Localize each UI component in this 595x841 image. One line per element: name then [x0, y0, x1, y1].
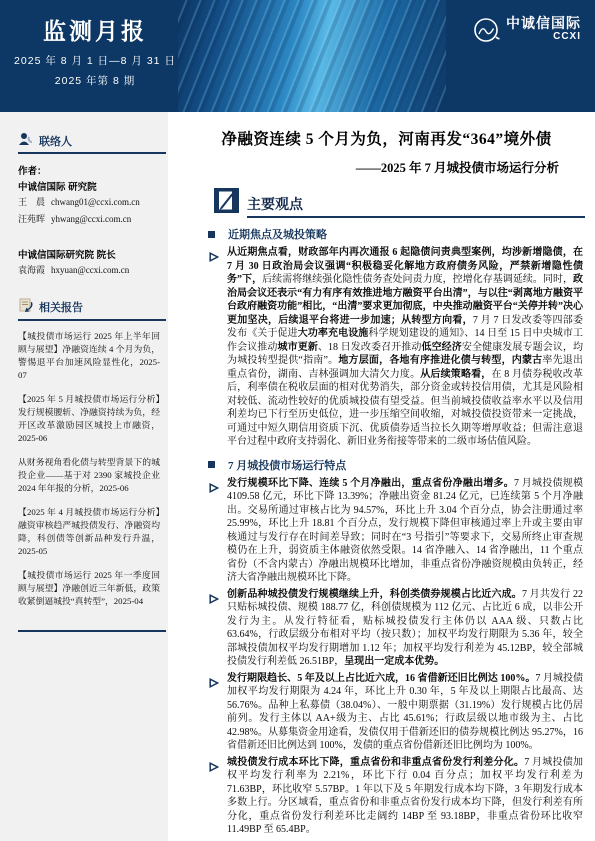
related-report-item: 【2025 年 5 月城投债市场运行分析】发行规模腰斩、净融资持续为负，经开区改… [18, 393, 160, 445]
bullet-item: 城投债发行成本环比下降，重点省份和非重点省份发行利差分化。7 月城投债加权平均发… [208, 756, 585, 837]
bullet-text: 城投债发行成本环比下降，重点省份和非重点省份发行利差分化。7 月城投债加权平均发… [227, 756, 585, 837]
authors-list: 王 晨 chwang01@ccxi.com.cn 汪苑晖 yhwang@ccxi… [18, 195, 160, 225]
author-name: 汪苑晖 [18, 212, 45, 225]
sidebar: 联络人 作者： 中诚信国际 研究院 王 晨 chwang01@ccxi.com.… [0, 112, 168, 841]
contacts-header-label: 联络人 [39, 133, 72, 149]
arrowhead-bullet-icon [208, 672, 227, 753]
related-report-item: 【2025 年 4 月城投债市场运行分析】融资审核趋严城投债发行、净融资均降，科… [18, 506, 160, 558]
related-report-item: 【城投债市场运行 2025 年上半年回顾与展望】净融资连续 4 个月为负，警惕退… [18, 330, 160, 382]
ccxi-logo: 中诚信国际 CCXI [472, 16, 581, 51]
bullet-item: 从近期焦点看，财政部年内再次通报 6 起隐债问责典型案例，均涉新增隐债，在 7 … [208, 246, 585, 449]
related-reports-list: 【城投债市场运行 2025 年上半年回顾与展望】净融资连续 4 个月为负，警惕退… [18, 330, 160, 608]
article-subtitle: ——2025 年 7 月城投债市场运行分析 [188, 158, 585, 176]
bullet-item: 创新品种城投债发行规模继续上升，科创类债券规模占比近六成。7 月共发行 22 只… [208, 588, 585, 669]
square-bullet-icon [208, 231, 215, 238]
section-heading-1-label: 近期焦点及城投策略 [228, 226, 327, 242]
section-heading-1: 近期焦点及城投策略 [208, 226, 585, 242]
related-reports-label: 相关报告 [39, 299, 83, 315]
reports-divider [18, 319, 166, 321]
bullet-text: 从近期焦点看，财政部年内再次通报 6 起隐债问责典型案例，均涉新增隐债，在 7 … [227, 246, 585, 449]
notepad-pen-icon [214, 188, 239, 218]
report-issue-number: 2025 年第 8 期 [0, 73, 190, 88]
author-row: 王 晨 chwang01@ccxi.com.cn [18, 195, 160, 208]
related-reports-header: 相关报告 [18, 298, 160, 316]
dean-row: 袁海霞 hxyuan@ccxi.com.cn [18, 263, 160, 276]
bullet-item: 发行规模环比下降、连续 5 个月净融出，重点省份净融出增多。7 月城投债规模 4… [208, 477, 585, 585]
arrowhead-bullet-icon [208, 477, 227, 585]
key-points-label: 主要观点 [247, 196, 303, 212]
report-date-range: 2025 年 8 月 1 日—8 月 31 日 [0, 53, 190, 68]
related-report-item: 【城投债市场运行 2025 年一季度回顾与展望】净融创近三年新低，政策收紧倒逼城… [18, 569, 160, 608]
key-points-header: 主要观点 [214, 188, 585, 218]
header-banner-image [178, 0, 446, 112]
bullet-text: 发行规模环比下降、连续 5 个月净融出，重点省份净融出增多。7 月城投债规模 4… [227, 477, 585, 585]
page-header: 监测月报 2025 年 8 月 1 日—8 月 31 日 2025 年第 8 期… [0, 0, 595, 112]
contacts-divider [18, 152, 166, 154]
bullet-text: 发行期限趋长、5 年及以上占比近六成，16 省借新还旧比例达 100%。7 月城… [227, 672, 585, 753]
report-series-title: 监测月报 [0, 13, 190, 46]
report-page: 监测月报 2025 年 8 月 1 日—8 月 31 日 2025 年第 8 期… [0, 0, 595, 841]
dean-email-link[interactable]: hxyuan@ccxi.com.cn [51, 265, 129, 275]
main-content: 净融资连续 5 个月为负，河南再发“364”境外债 ——2025 年 7 月城投… [168, 112, 595, 841]
logo-text-en: CCXI [506, 31, 581, 42]
author-org: 中诚信国际 研究院 [18, 179, 160, 193]
square-bullet-icon [208, 461, 215, 468]
contacts-header: 联络人 [18, 132, 160, 149]
ccxi-elephant-swirl-icon [472, 16, 502, 51]
author-email-link[interactable]: chwang01@ccxi.com.cn [51, 197, 140, 207]
related-report-item: 从财务视角看化债与转型背景下的城投企业——基于对 2390 家城投企业 2024… [18, 456, 160, 495]
author-email-link[interactable]: yhwang@ccxi.com.cn [51, 214, 131, 224]
dean-org: 中诚信国际研究院 院长 [18, 247, 160, 261]
section-heading-2: 7 月城投债市场运行特点 [208, 457, 585, 473]
author-row: 汪苑晖 yhwang@ccxi.com.cn [18, 212, 160, 225]
person-icon [18, 132, 34, 149]
document-arrow-icon [18, 298, 34, 316]
bullet-text: 创新品种城投债发行规模继续上升，科创类债券规模占比近六成。7 月共发行 22 只… [227, 588, 585, 669]
arrowhead-bullet-icon [208, 246, 227, 449]
arrowhead-bullet-icon [208, 756, 227, 837]
arrowhead-bullet-icon [208, 588, 227, 669]
header-masthead: 监测月报 2025 年 8 月 1 日—8 月 31 日 2025 年第 8 期 [0, 0, 190, 88]
sidebar-bottom-divider [18, 630, 166, 632]
article-title: 净融资连续 5 个月为负，河南再发“364”境外债 [188, 127, 585, 149]
section-1-bullets: 从近期焦点看，财政部年内再次通报 6 起隐债问责典型案例，均涉新增隐债，在 7 … [208, 246, 585, 449]
logo-text-cn: 中诚信国际 [506, 16, 581, 31]
bullet-item: 发行期限趋长、5 年及以上占比近六成，16 省借新还旧比例达 100%。7 月城… [208, 672, 585, 753]
section-2-bullets: 发行规模环比下降、连续 5 个月净融出，重点省份净融出增多。7 月城投债规模 4… [208, 477, 585, 837]
author-label: 作者： [18, 163, 160, 177]
author-name: 王 晨 [18, 195, 45, 208]
dean-name: 袁海霞 [18, 263, 45, 276]
section-heading-2-label: 7 月城投债市场运行特点 [228, 457, 346, 473]
